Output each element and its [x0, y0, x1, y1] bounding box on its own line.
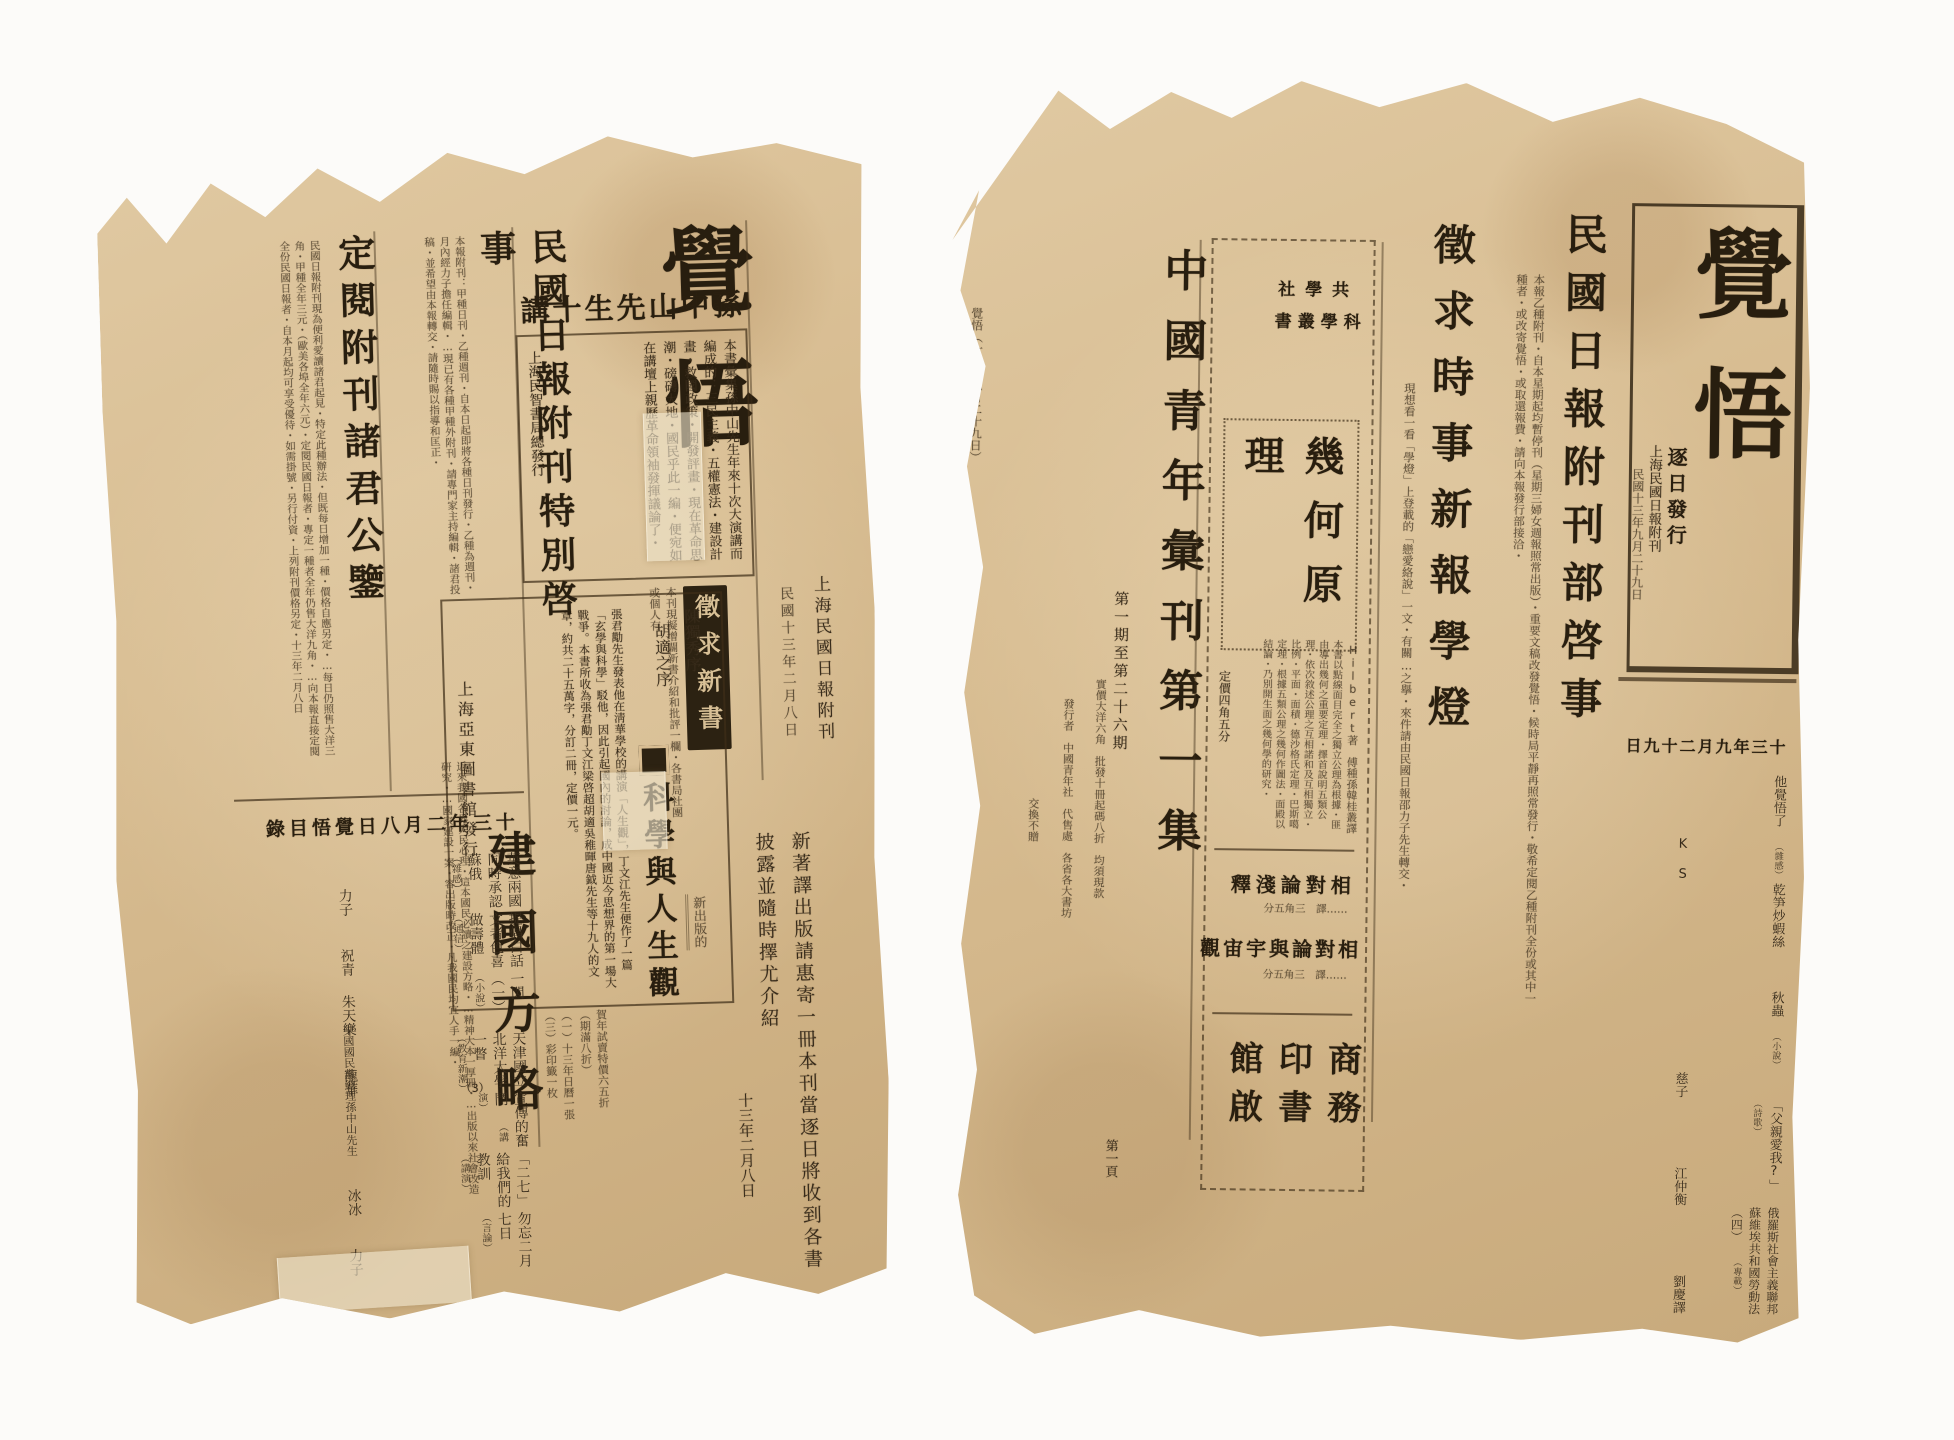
science-ad-preface-hu: 胡適之序 [650, 623, 676, 734]
science-ad-preface-chen: 陳獨秀序 [680, 608, 706, 719]
toc-entry: 秋蟲 （小說） 慈子 [1575, 989, 1784, 1100]
toc-author: 龍華 [339, 1068, 359, 1097]
toc-author: 慈子 [1670, 1072, 1689, 1098]
toc-author: 祝青 [336, 948, 356, 977]
series-name-line2: 科學叢書 [1275, 307, 1367, 333]
toc-entry: 宣傳的奮鬥 （講演） 中國國民黨總理孫中山先生 [171, 1091, 531, 1162]
right-masthead-date: 民國十三年九月二十九日 [1628, 468, 1647, 668]
masthead-underline [1618, 677, 1796, 683]
series-name-line1: 共學社 [1278, 275, 1359, 301]
left-toc: 勿忘二月七日 （言論） 力子 「二七」給我們的教訓 （講演） 冰冰 宣傳的奮鬥 … [150, 851, 534, 1282]
toc-title: 秋蟲 [1768, 991, 1783, 1017]
toc-title: 他覺悟了 [1771, 775, 1787, 827]
china-youth-title: 中國青年彙刊第一集 [1139, 247, 1214, 1108]
toc-genre: （雜感） [449, 853, 461, 894]
xuedeng-headline: 徵求時事新報學燈 [1414, 223, 1482, 844]
toc-title: 英意兩國同時承認蘇俄 [466, 851, 523, 908]
china-youth-note: 交換不贈 [1023, 798, 1040, 918]
right-toc-date: 十三年九月二十九日 [1587, 733, 1787, 758]
relativity1-title: 相對論淺釋 [1231, 868, 1356, 899]
relativity2-title: 相對論與宇宙觀 [1200, 932, 1361, 963]
subscriber-notice-body: 民國日報附刊現為便利愛讀諸君起見・特定此種辦法・但既每日增加一種・價格自應另定・… [229, 240, 336, 763]
china-youth-price: 實價大洋六角 批發十冊起碼八折 均須現款 [1073, 678, 1108, 1108]
toc-genre: （小說） [472, 972, 484, 1013]
special-notice-headline: 民國日報附刊特別啓事 [469, 228, 584, 661]
toc-entry: 提倡白話文者色喜做壽體 （通信） 祝青 [166, 911, 526, 982]
toc-genre: （專載） [1731, 1257, 1742, 1295]
relativity2-meta: ……譯 三角五分 [1263, 967, 1347, 983]
left-newspaper-page: 覺悟 上海民國日報附刊 民國十三年二月八日 新著譯出版請惠寄一冊本刊當逐日將收到… [95, 129, 896, 1326]
page-number-marker: 第一頁 [1100, 1139, 1120, 1219]
photo-of-newspapers: 覺悟 上海民國日報附刊 民國十三年二月八日 新著譯出版請惠寄一冊本刊當逐日將收到… [0, 0, 1954, 1440]
toc-title: 「父親愛我?」 [1766, 1099, 1782, 1192]
toc-genre: （雜感） [1772, 842, 1783, 880]
toc-author: K S [1673, 837, 1692, 882]
toc-entry: 俄羅斯社會主義聯邦蘇維埃共和國勞動法（四） （專載） 劉慶譯 [1573, 1205, 1782, 1316]
toc-entry: 英意兩國同時承認蘇俄 （雜感） 力子 [164, 851, 524, 922]
toc-title: 「二七」給我們的教訓 [474, 1151, 531, 1208]
right-toc: 俄羅斯社會主義聯邦蘇維埃共和國勞動法（四） （專載） 劉慶譯 「父親愛我?」 （… [1559, 772, 1788, 1315]
subscriber-notice-headline: 定閱附刊諸君公鑒 [325, 233, 391, 624]
geometry-title-box: 幾何原理 [1221, 418, 1360, 652]
toc-entry: 天津國立北洋大學一瞥 （教育新潮） 龍華 [169, 1031, 529, 1102]
xuedeng-body: 現想看一看「學燈」上登載的「戀愛絡說」一文・有關…之擧・來件請由民國日報邵力子先… [1376, 382, 1418, 1032]
tape-repair [643, 412, 705, 562]
ad-divider [1214, 848, 1354, 852]
toc-title: 一閃（一） [489, 971, 525, 1014]
toc-title: 天津國立北洋大學一瞥 [471, 1031, 528, 1088]
science-ad-label: 新出版的 [685, 894, 709, 951]
toc-title: 勿忘二月七日 [496, 1211, 533, 1267]
geometry-author: Hilbert著 傅種孫韓桂叢譯 [1342, 644, 1360, 834]
geometry-body: 本書以點線面目完全之獨立公理為根據・匪由導出幾何之重要定理・擇首說明五類公理・依… [1228, 638, 1342, 835]
toc-genre: （詩歌） [1751, 1099, 1762, 1137]
toc-author: 江仲衡 [1669, 1167, 1688, 1206]
geometry-ad-box: 共學社 科學叢書 幾何原理 Hilbert著 傅種孫韓桂叢譯 本書以點線面目完全… [1200, 238, 1376, 1192]
tape-repair [601, 771, 667, 851]
toc-author: 朱天樂 [337, 994, 358, 1037]
dept-notice-headline: 民國日報附刊部啓事 [1547, 212, 1614, 773]
right-masthead-box: 覺悟 逐日發行 上海民國日報附刊 民國十三年九月二十九日 [1626, 203, 1804, 674]
toc-entry: 一閃（一） （小說） 朱天樂 [167, 971, 527, 1042]
tape-repair [277, 1246, 472, 1314]
toc-author: 冰冰 [343, 1188, 363, 1217]
toc-entry: 他覺悟了 （雜感） K S [1578, 773, 1787, 884]
toc-title: 乾笋炒蝦絲 [1769, 883, 1785, 948]
right-masthead-frequency: 逐日發行 [1661, 447, 1691, 551]
special-notice-body: 本報附刊：甲種日刊・乙種週刊・自本日起即將各種日刊發行・乙種為週刊・月內經力子擔… [380, 236, 477, 598]
left-masthead-date: 民國十三年二月八日 [776, 586, 803, 816]
left-masthead-publisher: 上海民國日報附刊 [808, 575, 840, 806]
toc-author: 力子 [334, 888, 354, 917]
china-youth-issues: 第一期至第二十六期 [1108, 591, 1133, 891]
toc-genre: （小說） [1770, 1032, 1781, 1070]
right-masthead-title: 覺悟 [1681, 223, 1787, 504]
spine-text: 覺悟（十三年九月二十九日） [964, 307, 985, 667]
toc-genre: （講演） [458, 1153, 470, 1194]
toc-title: 提倡白話文者色喜做壽體 [467, 911, 524, 968]
toc-genre: （教育新潮） [454, 1033, 467, 1094]
science-ad-note1: 賀年試賣特價六五折（期滿八折） [575, 1009, 612, 1130]
toc-entry: 乾笋炒蝦絲 [1577, 881, 1786, 992]
toc-entry: 「二七」給我們的教訓 （講演） 冰冰 [173, 1151, 533, 1222]
china-youth-publisher: 發行者 中國青年社 代售處 各省各大書坊 [1045, 698, 1076, 1128]
toc-genre: （通信） [451, 913, 463, 954]
toc-entry: 「父親愛我?」 （詩歌） 江仲衡 [1574, 1097, 1783, 1208]
geometry-price: 定價四角五分 [1215, 670, 1234, 830]
press-name: 商務印書館啟 [1217, 1040, 1366, 1154]
right-newspaper-page: 覺悟 逐日發行 上海民國日報附刊 民國十三年九月二十九日 十三年九月二十九日 俄… [930, 77, 1813, 1344]
toc-author: 劉慶譯 [1668, 1275, 1687, 1314]
ad-divider [1212, 1012, 1352, 1016]
relativity1-meta: ……譯 三角五分 [1263, 901, 1347, 917]
toc-genre: （言論） [479, 1212, 491, 1253]
